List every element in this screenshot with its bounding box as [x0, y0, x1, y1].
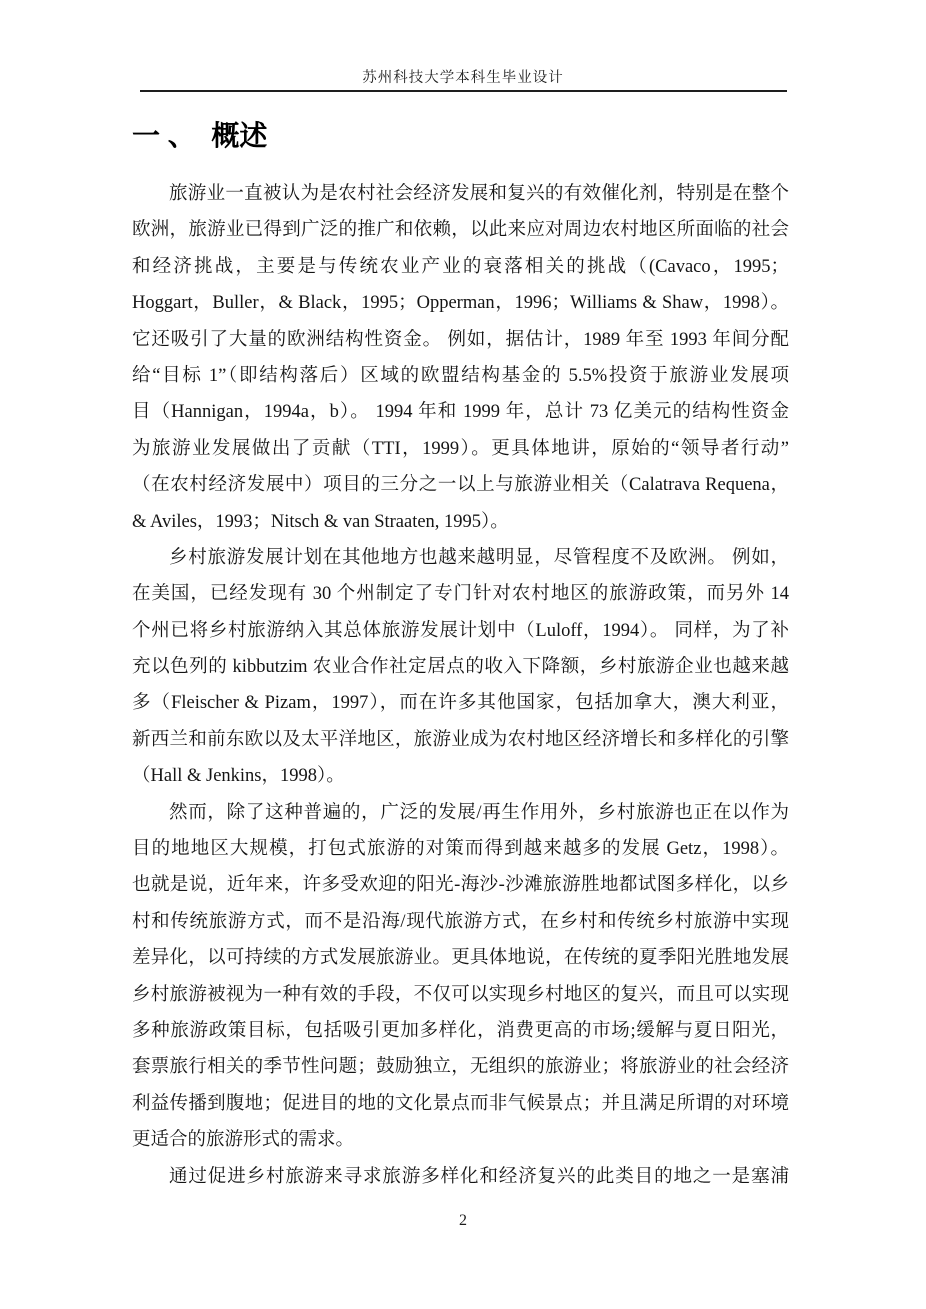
text-line: （在农村经济发展中）项目的三分之一以上与旅游业相关（Calatrava Requ…: [132, 467, 789, 503]
text-line: 乡村旅游被视为一种有效的手段，不仅可以实现乡村地区的复兴，而且可以实现: [132, 977, 789, 1013]
text-line: 给“目标 1”（即结构落后）区域的欧盟结构基金的 5.5%投资于旅游业发展项: [132, 358, 789, 394]
text-line: 和经济挑战，主要是与传统农业产业的衰落相关的挑战（(Cavaco，1995；: [132, 249, 789, 285]
text-line: 新西兰和前东欧以及太平洋地区，旅游业成为农村地区经济增长和多样化的引擎: [132, 722, 789, 758]
text-line: 为旅游业发展做出了贡献（TTI，1999）。更具体地讲，原始的“领导者行动”: [132, 431, 789, 467]
text-line: 多（Fleischer & Pizam，1997），而在许多其他国家，包括加拿大…: [132, 685, 789, 721]
text-line: 充以色列的 kibbutzim 农业合作社定居点的收入下降额，乡村旅游企业也越来…: [132, 649, 789, 685]
text-line: 村和传统旅游方式，而不是沿海/现代旅游方式，在乡村和传统乡村旅游中实现: [132, 904, 789, 940]
page-header: 苏州科技大学本科生毕业设计: [0, 66, 926, 87]
text-line: 欧洲，旅游业已得到广泛的推广和依赖，以此来应对周边农村地区所面临的社会: [132, 212, 789, 248]
text-line: 它还吸引了大量的欧洲结构性资金。 例如，据估计，1989 年至 1993 年间分…: [132, 322, 789, 358]
text-line: 旅游业一直被认为是农村社会经济发展和复兴的有效催化剂，特别是在整个: [132, 176, 789, 212]
text-line: 差异化，以可持续的方式发展旅游业。更具体地说，在传统的夏季阳光胜地发展: [132, 940, 789, 976]
text-line: 利益传播到腹地；促进目的地的文化景点而非气候景点；并且满足所谓的对环境: [132, 1086, 789, 1122]
document-page: 苏州科技大学本科生毕业设计 一 、 概述 旅游业一直被认为是农村社会经济发展和复…: [0, 0, 926, 1309]
text-line: 然而，除了这种普遍的，广泛的发展/再生作用外，乡村旅游也正在以作为: [132, 795, 789, 831]
text-line: 目（Hannigan，1994a，b）。 1994 年和 1999 年，总计 7…: [132, 394, 789, 430]
text-line: 乡村旅游发展计划在其他地方也越来越明显，尽管程度不及欧洲。 例如，: [132, 540, 789, 576]
text-line: （Hall & Jenkins，1998）。: [132, 758, 789, 794]
text-line: 个州已将乡村旅游纳入其总体旅游发展计划中（Luloff，1994）。 同样，为了…: [132, 613, 789, 649]
section-heading: 一 、 概述: [132, 119, 267, 153]
text-line: 通过促进乡村旅游来寻求旅游多样化和经济复兴的此类目的地之一是塞浦: [132, 1159, 789, 1195]
text-line: 目的地地区大规模，打包式旅游的对策而得到越来越多的发展 Getz，1998）。: [132, 831, 789, 867]
text-line: Hoggart，Buller，& Black，1995；Opperman，199…: [132, 285, 789, 321]
page-number: 2: [0, 1212, 926, 1230]
text-line: 多种旅游政策目标，包括吸引更加多样化，消费更高的市场;缓解与夏日阳光，: [132, 1013, 789, 1049]
header-rule: [140, 90, 787, 92]
text-line: 在美国，已经发现有 30 个州制定了专门针对农村地区的旅游政策，而另外 14: [132, 576, 789, 612]
text-line: & Aviles，1993；Nitsch & van Straaten, 199…: [132, 504, 789, 540]
text-line: 套票旅行相关的季节性问题；鼓励独立，无组织的旅游业；将旅游业的社会经济: [132, 1049, 789, 1085]
document-body: 旅游业一直被认为是农村社会经济发展和复兴的有效催化剂，特别是在整个欧洲，旅游业已…: [132, 176, 789, 1195]
text-line: 更适合的旅游形式的需求。: [132, 1122, 789, 1158]
text-line: 也就是说，近年来，许多受欢迎的阳光-海沙-沙滩旅游胜地都试图多样化，以乡: [132, 867, 789, 903]
